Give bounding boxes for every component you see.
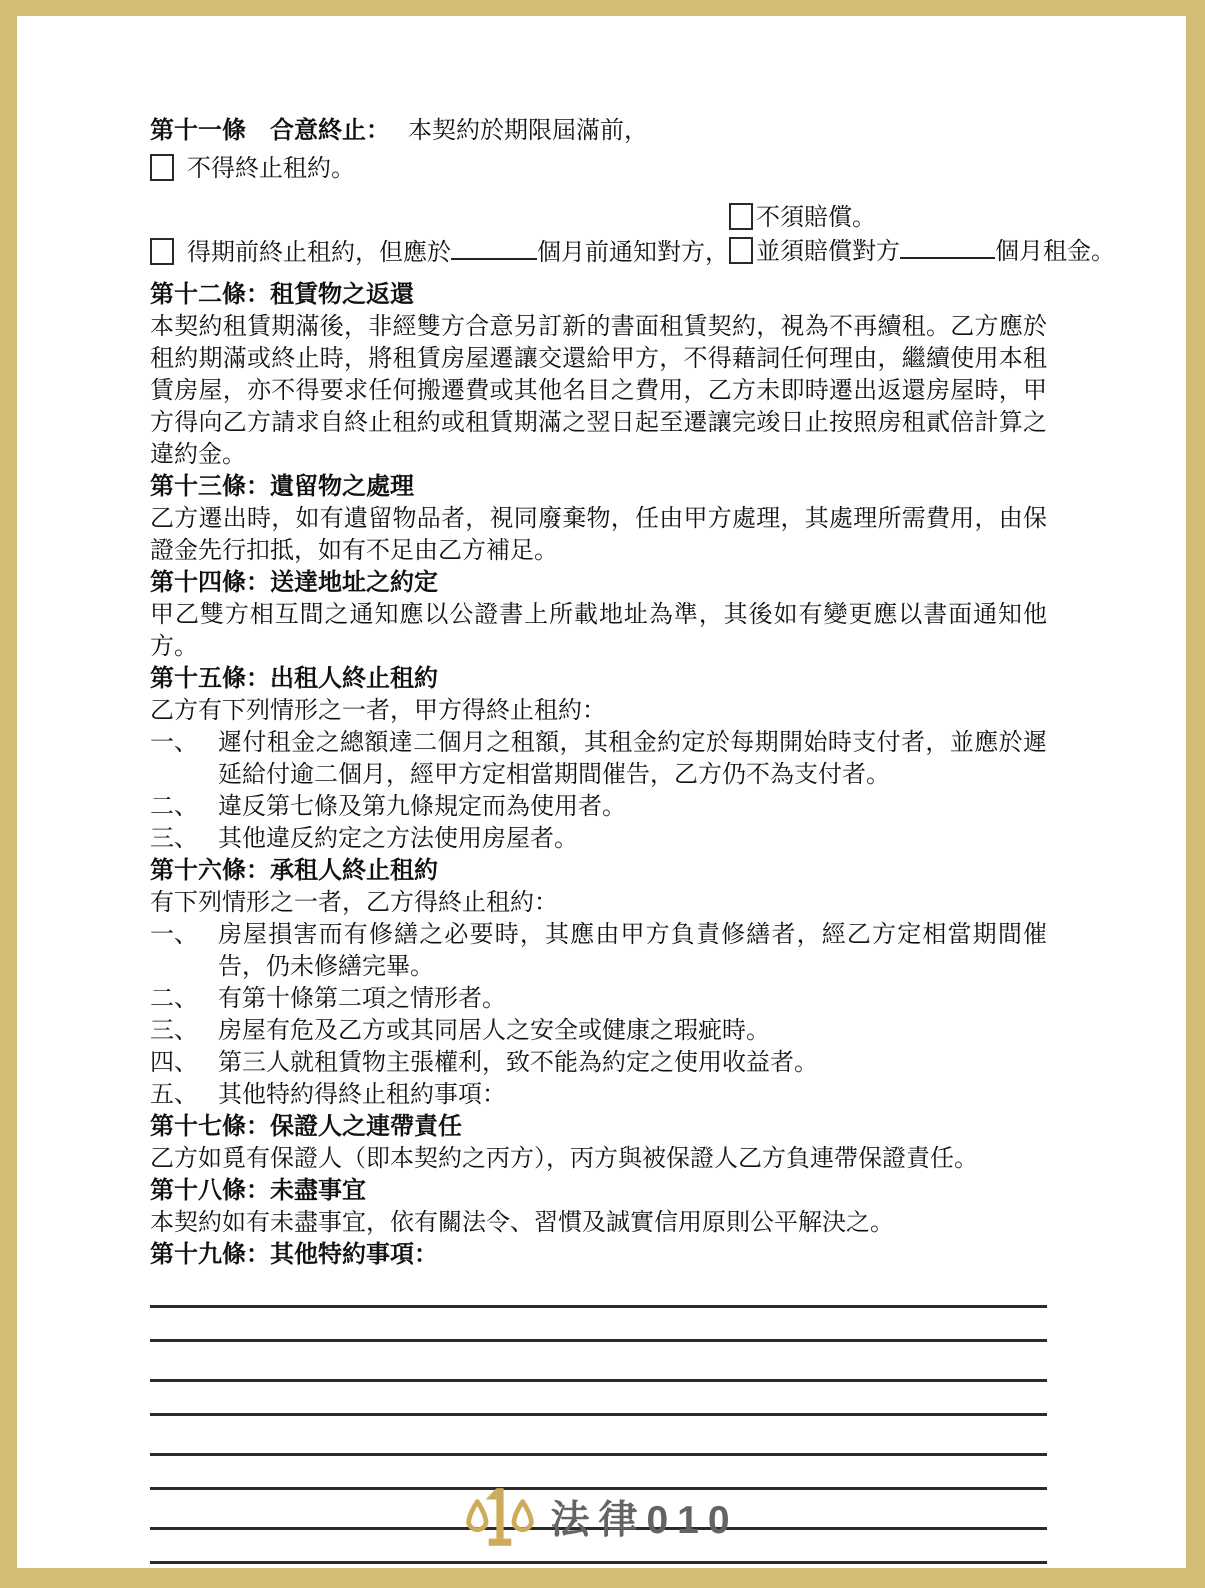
list-item-number: 三、 bbox=[150, 1015, 218, 1047]
article-16-title: 第十六條：承租人終止租約 bbox=[150, 855, 1047, 887]
write-in-line[interactable] bbox=[150, 1453, 1047, 1456]
option-early-termination: 得期前終止租約，但應於個月前通知對方， 不須賠償。 並須賠償對方個月租金。 bbox=[150, 201, 1047, 269]
blank-months-rent[interactable] bbox=[900, 253, 995, 259]
article-16: 第十六條：承租人終止租約 有下列情形之一者，乙方得終止租約： 一、房屋損害而有修… bbox=[150, 855, 1047, 1111]
list-item: 一、房屋損害而有修繕之必要時，其應由甲方負責修繕者，經乙方定相當期間催告，仍未修… bbox=[150, 919, 1047, 983]
article-11-title: 第十一條 合意終止： bbox=[150, 118, 390, 144]
compensation-options: 不須賠償。 並須賠償對方個月租金。 bbox=[729, 201, 1115, 269]
article-18-title: 第十八條：未盡事宜 bbox=[150, 1175, 1047, 1207]
list-item: 二、違反第七條及第九條規定而為使用者。 bbox=[150, 791, 1047, 823]
checkbox-with-compensation[interactable] bbox=[729, 237, 753, 264]
checkbox-early-termination[interactable] bbox=[150, 238, 174, 265]
article-11-heading-line: 第十一條 合意終止：本契約於期限屆滿前， bbox=[150, 115, 1047, 147]
footer-brand: 法律010 bbox=[17, 1482, 1186, 1552]
article-19-title: 第十九條：其他特約事項： bbox=[150, 1239, 1047, 1271]
write-in-line[interactable] bbox=[150, 1339, 1047, 1342]
list-item-text: 有第十條第二項之情形者。 bbox=[218, 983, 1047, 1015]
list-item-text: 其他違反約定之方法使用房屋者。 bbox=[218, 823, 1047, 855]
article-11: 第十一條 合意終止：本契約於期限屆滿前， 不得終止租約。 得期前終止租約，但應於… bbox=[150, 115, 1047, 269]
document-page: 第十一條 合意終止：本契約於期限屆滿前， 不得終止租約。 得期前終止租約，但應於… bbox=[0, 0, 1205, 1588]
logo-text: 法律010 bbox=[550, 1489, 738, 1545]
blank-months-notice[interactable] bbox=[451, 254, 537, 260]
option-compensation-post-label: 個月租金。 bbox=[995, 239, 1115, 265]
list-item: 一、遲付租金之總額達二個月之租額，其租金約定於每期開始時支付者，並應於遲延給付逾… bbox=[150, 727, 1047, 791]
article-14-body: 甲乙雙方相互間之通知應以公證書上所載地址為準，其後如有變更應以書面通知他方。 bbox=[150, 599, 1047, 663]
option-compensation-pre-label: 並須賠償對方 bbox=[756, 239, 900, 265]
option-no-compensation: 不須賠償。 bbox=[729, 201, 1115, 235]
list-item-text: 房屋損害而有修繕之必要時，其應由甲方負責修繕者，經乙方定相當期間催告，仍未修繕完… bbox=[218, 919, 1047, 983]
list-item-number: 二、 bbox=[150, 983, 218, 1015]
scales-icon bbox=[464, 1484, 536, 1550]
list-item-number: 二、 bbox=[150, 791, 218, 823]
article-13-body: 乙方遷出時，如有遺留物品者，視同廢棄物，任由甲方處理，其處理所需費用，由保證金先… bbox=[150, 503, 1047, 567]
list-item: 五、其他特約得終止租約事項： bbox=[150, 1079, 1047, 1111]
list-item-text: 遲付租金之總額達二個月之租額，其租金約定於每期開始時支付者，並應於遲延給付逾二個… bbox=[218, 727, 1047, 791]
article-16-intro: 有下列情形之一者，乙方得終止租約： bbox=[150, 887, 1047, 919]
article-12-body: 本契約租賃期滿後，非經雙方合意另訂新的書面租賃契約，視為不再續租。乙方應於租約期… bbox=[150, 311, 1047, 471]
article-14: 第十四條：送達地址之約定 甲乙雙方相互間之通知應以公證書上所載地址為準，其後如有… bbox=[150, 567, 1047, 663]
checkbox-no-compensation[interactable] bbox=[729, 203, 753, 230]
article-13: 第十三條：遺留物之處理 乙方遷出時，如有遺留物品者，視同廢棄物，任由甲方處理，其… bbox=[150, 471, 1047, 567]
list-item-number: 一、 bbox=[150, 727, 218, 791]
list-item-text: 房屋有危及乙方或其同居人之安全或健康之瑕疵時。 bbox=[218, 1015, 1047, 1047]
option-early-post-label: 個月前通知對方， bbox=[537, 240, 729, 266]
article-17-body: 乙方如覓有保證人（即本契約之丙方），丙方與被保證人乙方負連帶保證責任。 bbox=[150, 1143, 1047, 1175]
list-item: 四、第三人就租賃物主張權利，致不能為約定之使用收益者。 bbox=[150, 1047, 1047, 1079]
article-15: 第十五條：出租人終止租約 乙方有下列情形之一者，甲方得終止租約： 一、遲付租金之… bbox=[150, 663, 1047, 855]
write-in-line[interactable] bbox=[150, 1305, 1047, 1308]
option-with-compensation: 並須賠償對方個月租金。 bbox=[729, 235, 1115, 269]
option-no-compensation-label: 不須賠償。 bbox=[756, 205, 876, 231]
list-item-number: 一、 bbox=[150, 919, 218, 983]
list-item-number: 三、 bbox=[150, 823, 218, 855]
write-in-line[interactable] bbox=[150, 1413, 1047, 1416]
contract-body: 第十一條 合意終止：本契約於期限屆滿前， 不得終止租約。 得期前終止租約，但應於… bbox=[150, 115, 1047, 1564]
list-item: 三、房屋有危及乙方或其同居人之安全或健康之瑕疵時。 bbox=[150, 1015, 1047, 1047]
list-item-number: 四、 bbox=[150, 1047, 218, 1079]
list-item: 三、其他違反約定之方法使用房屋者。 bbox=[150, 823, 1047, 855]
option-no-termination-label: 不得終止租約。 bbox=[187, 156, 355, 182]
article-14-title: 第十四條：送達地址之約定 bbox=[150, 567, 1047, 599]
list-item-text: 違反第七條及第九條規定而為使用者。 bbox=[218, 791, 1047, 823]
list-item: 二、有第十條第二項之情形者。 bbox=[150, 983, 1047, 1015]
article-12-title: 第十二條：租賃物之返還 bbox=[150, 279, 1047, 311]
option-early-pre-label: 得期前終止租約，但應於 bbox=[187, 240, 451, 266]
list-item-text: 第三人就租賃物主張權利，致不能為約定之使用收益者。 bbox=[218, 1047, 1047, 1079]
article-11-intro: 本契約於期限屆滿前， bbox=[408, 118, 648, 144]
article-12: 第十二條：租賃物之返還 本契約租賃期滿後，非經雙方合意另訂新的書面租賃契約，視為… bbox=[150, 279, 1047, 471]
list-item-text: 其他特約得終止租約事項： bbox=[218, 1079, 1047, 1111]
article-13-title: 第十三條：遺留物之處理 bbox=[150, 471, 1047, 503]
article-17: 第十七條：保證人之連帶責任 乙方如覓有保證人（即本契約之丙方），丙方與被保證人乙… bbox=[150, 1111, 1047, 1175]
write-in-line[interactable] bbox=[150, 1561, 1047, 1564]
option-early-termination-left: 得期前終止租約，但應於個月前通知對方， bbox=[150, 237, 729, 269]
checkbox-no-termination[interactable] bbox=[150, 154, 174, 181]
option-no-termination: 不得終止租約。 bbox=[150, 153, 1047, 185]
article-18: 第十八條：未盡事宜 本契約如有未盡事宜，依有關法令、習慣及誠實信用原則公平解決之… bbox=[150, 1175, 1047, 1239]
list-item-number: 五、 bbox=[150, 1079, 218, 1111]
article-15-intro: 乙方有下列情形之一者，甲方得終止租約： bbox=[150, 695, 1047, 727]
article-17-title: 第十七條：保證人之連帶責任 bbox=[150, 1111, 1047, 1143]
article-15-title: 第十五條：出租人終止租約 bbox=[150, 663, 1047, 695]
write-in-line[interactable] bbox=[150, 1379, 1047, 1382]
article-18-body: 本契約如有未盡事宜，依有關法令、習慣及誠實信用原則公平解決之。 bbox=[150, 1207, 1047, 1239]
